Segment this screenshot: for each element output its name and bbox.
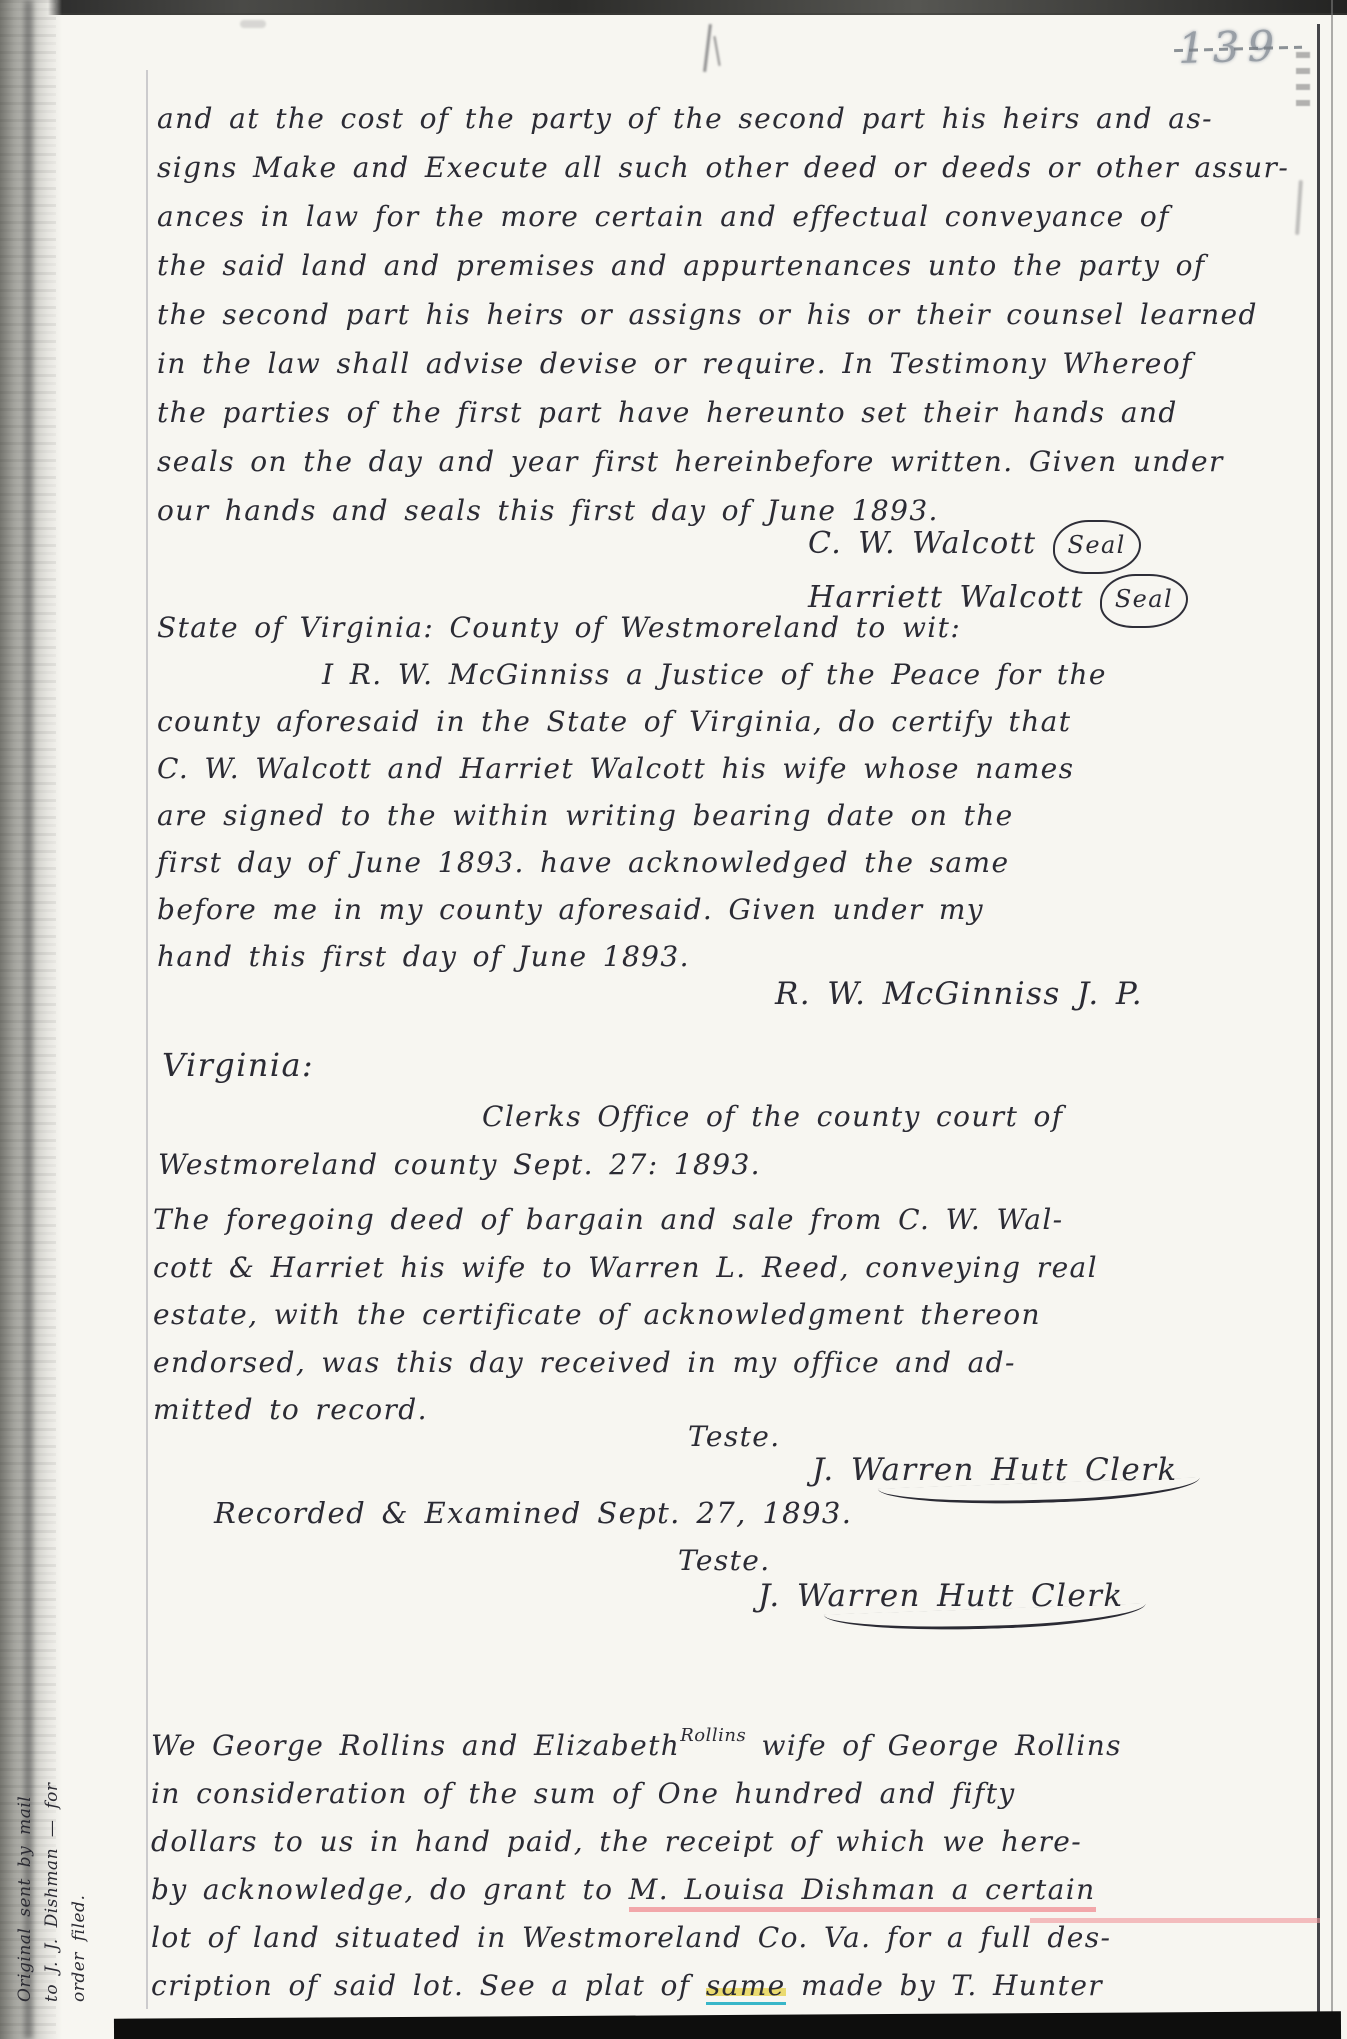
text-line: the parties of the first part have hereu… <box>157 388 1307 437</box>
text-line: county aforesaid in the State of Virgini… <box>157 698 1307 745</box>
text-line: cott & Harriet his wife to Warren L. Ree… <box>153 1244 1313 1292</box>
clerk-signature: J. Warren Hutt Clerk <box>812 1452 1178 1488</box>
recorded-line: Recorded & Examined Sept. 27, 1893. <box>214 1496 852 1530</box>
text-line: C. W. Walcott and Harriet Walcott his wi… <box>157 745 1307 792</box>
margin-note-line: Original sent by mail <box>12 1642 39 2002</box>
clerk-office-line: Clerks Office of the county court of <box>482 1100 1064 1133</box>
text-line: endorsed, was this day received in my of… <box>153 1339 1313 1387</box>
signature-name: J. Warren Hutt Clerk <box>758 1578 1124 1614</box>
text-line: are signed to the within writing bearing… <box>157 792 1307 839</box>
inserted-word: Rollins <box>680 1725 746 1746</box>
grantee-name: M. Louisa Dishman <box>629 1873 937 1906</box>
text-line: hand this first day of June 1893. <box>157 933 1307 980</box>
text-run: wife of George Rollins <box>746 1729 1122 1762</box>
text-line: signs Make and Execute all such other de… <box>157 143 1307 192</box>
margin-rule-line <box>146 70 148 2009</box>
text-line: seals on the day and year first hereinbe… <box>157 437 1307 486</box>
margin-note: Original sent by mail to J. J. Dishman —… <box>12 1642 112 2002</box>
text-line: in consideration of the sum of One hundr… <box>151 1770 1331 1818</box>
highlighted-word: same <box>706 1969 786 2005</box>
page-number: 139 <box>1177 20 1328 73</box>
scan-top-edge <box>0 0 1347 15</box>
text-line: I R. W. McGinniss a Justice of the Peace… <box>322 651 1307 698</box>
text-run: made by T. Hunter <box>786 1969 1103 2002</box>
text-line: and at the cost of the party of the seco… <box>157 94 1307 143</box>
text-line: by acknowledge, do grant to M. Louisa Di… <box>151 1866 1331 1914</box>
scan-artifact <box>703 24 712 72</box>
scan-artifact <box>240 20 266 28</box>
text-line: cription of said lot. See a plat of same… <box>151 1962 1331 2010</box>
clerk-heading: Virginia: <box>162 1046 314 1084</box>
text-line: first day of June 1893. have acknowledge… <box>157 839 1307 886</box>
deed1-body: and at the cost of the party of the seco… <box>157 94 1307 535</box>
clerk-office-line: Westmoreland county Sept. 27: 1893. <box>158 1148 761 1181</box>
deed2-body: We George Rollins and ElizabethRollins w… <box>151 1712 1331 2010</box>
scan-bottom-edge <box>114 2011 1341 2039</box>
pink-underline-annotation <box>1030 1918 1320 1923</box>
clerk-certificate-body: The foregoing deed of bargain and sale f… <box>153 1196 1313 1434</box>
teste-label: Teste. <box>678 1544 771 1577</box>
clerk-signature: J. Warren Hutt Clerk <box>758 1578 1124 1614</box>
acknowledgment-body: State of Virginia: County of Westmorelan… <box>157 604 1307 980</box>
text-line: before me in my county aforesaid. Given … <box>157 886 1307 933</box>
seal-stamp: Seal <box>1053 520 1141 574</box>
scan-artifact <box>713 36 720 66</box>
text-line: State of Virginia: County of Westmorelan… <box>157 604 1307 651</box>
text-line: the second part his heirs or assigns or … <box>157 290 1307 339</box>
teste-label: Teste. <box>688 1420 781 1453</box>
text-line: the said land and premises and appurtena… <box>157 241 1307 290</box>
text-line: in the law shall advise devise or requir… <box>157 339 1307 388</box>
text-run: by acknowledge, do grant to <box>151 1873 629 1906</box>
text-line: estate, with the certificate of acknowle… <box>153 1291 1313 1339</box>
signature-row: C. W. WalcottSeal <box>808 520 1188 574</box>
signature-name: C. W. Walcott <box>808 526 1037 561</box>
page-edge-line-outer <box>1331 0 1333 2039</box>
justice-signature: R. W. McGinniss J. P. <box>775 976 1143 1012</box>
text-line: We George Rollins and ElizabethRollins w… <box>151 1712 1331 1770</box>
signature-name: J. Warren Hutt Clerk <box>812 1452 1178 1488</box>
text-line: dollars to us in hand paid, the receipt … <box>151 1818 1331 1866</box>
margin-note-line: order filed. <box>66 1642 93 2002</box>
margin-note-line: to J. J. Dishman — for <box>39 1642 66 2002</box>
deed-book-page-scan: 139 and at the cost of the party of the … <box>0 0 1347 2039</box>
text-run: cription of said lot. See a plat of <box>151 1969 706 2002</box>
annotated-grantee-name: M. Louisa Dishman a certain <box>629 1873 1096 1912</box>
text-line: The foregoing deed of bargain and sale f… <box>153 1196 1313 1244</box>
text-run: a certain <box>936 1873 1095 1906</box>
text-line: ances in law for the more certain and ef… <box>157 192 1307 241</box>
text-run: We George Rollins and Elizabeth <box>151 1729 680 1762</box>
